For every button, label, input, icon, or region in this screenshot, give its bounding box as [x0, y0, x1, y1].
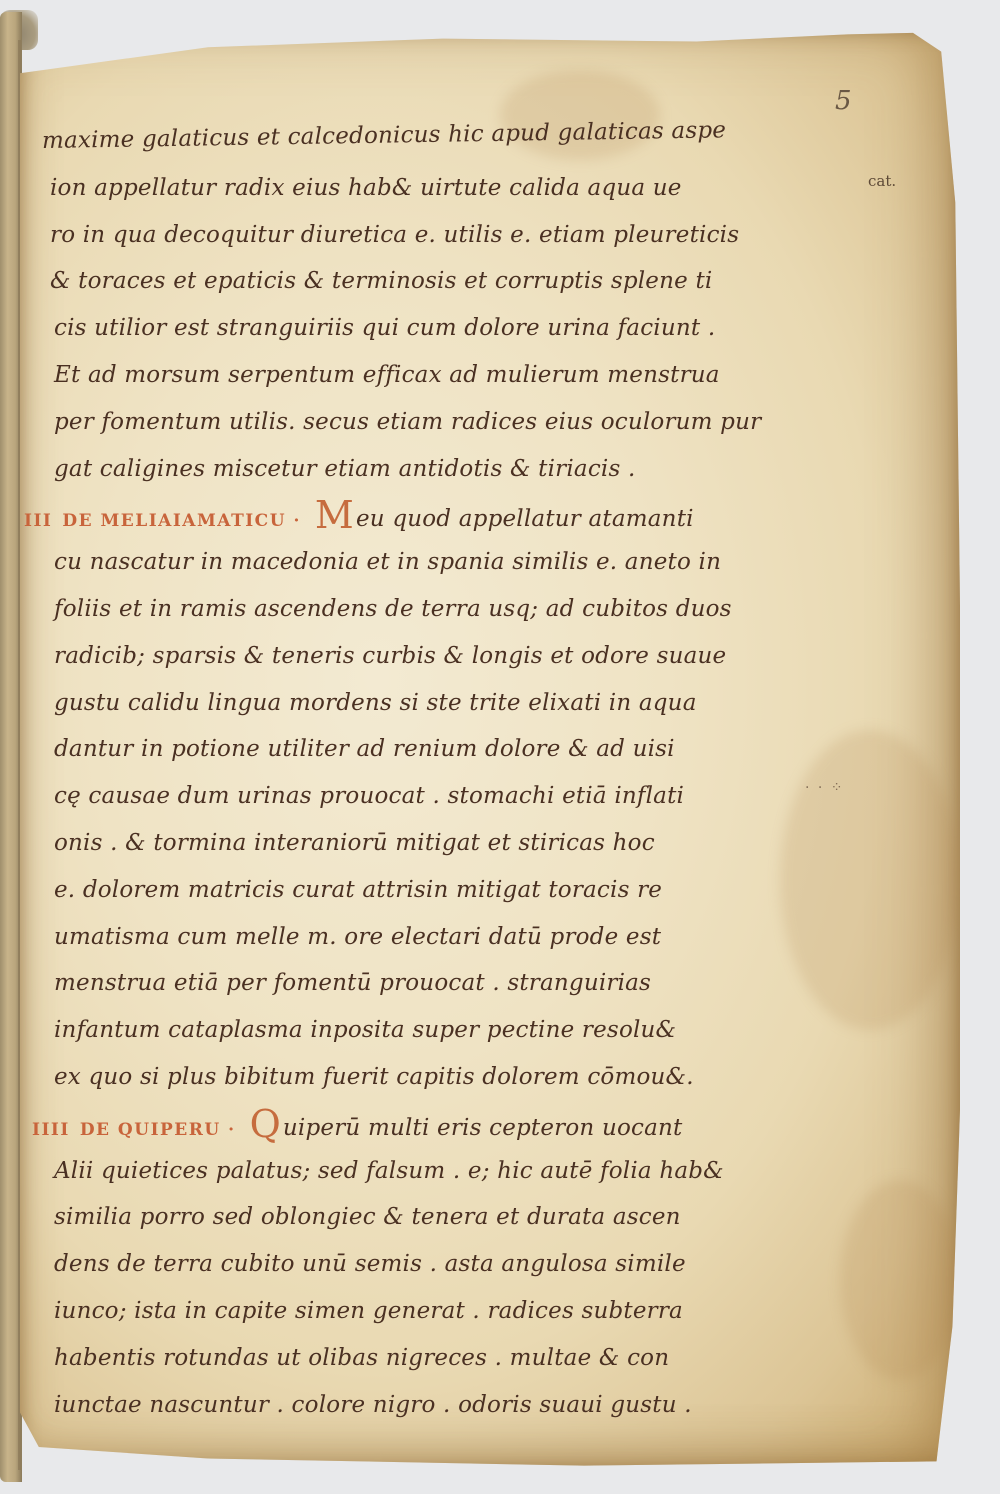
stain [780, 730, 960, 1030]
rubric-heading: DE MELIAIAMATICU · [62, 511, 301, 531]
text-line: ion appellatur radix eius hab& uirtute c… [42, 165, 802, 212]
text-line: radicib; sparsis & teneris curbis & long… [42, 633, 802, 680]
text-line: foliis et in ramis ascendens de terra us… [42, 586, 802, 633]
text-line: habentis rotundas ut olibas nigreces . m… [42, 1335, 802, 1382]
text-line: cę causae dum urinas prouocat . stomachi… [42, 773, 802, 820]
rubric-heading: DE QUIPERU · [80, 1120, 236, 1140]
marginal-note: cat. [868, 172, 896, 190]
decorated-initial: M [315, 493, 354, 537]
text-line: gat caligines miscetur etiam antidotis &… [42, 446, 802, 493]
text-line: per fomentum utilis. secus etiam radices… [42, 399, 802, 446]
main-text-column: maxime galaticus et calcedonicus hic apu… [42, 118, 802, 1428]
manuscript-scan: 5 cat. · · ⁘ maxime galaticus et calcedo… [0, 0, 1000, 1494]
text-line: ex quo si plus bibitum fuerit capitis do… [42, 1054, 802, 1101]
text-line: cu nascatur in macedonia et in spania si… [42, 539, 802, 586]
text-line: e. dolorem matricis curat attrisin mitig… [42, 867, 802, 914]
section-heading-line: IIIDE MELIAIAMATICU ·Meu quod appellatur… [24, 492, 802, 539]
stain [840, 1180, 960, 1380]
section-number: III [24, 511, 52, 531]
text-run: eu quod appellatur atamanti [356, 506, 694, 532]
text-line: similia porro sed oblongiec & tenera et … [42, 1194, 802, 1241]
text-line: iunctae nascuntur . colore nigro . odori… [42, 1382, 802, 1429]
marginal-marks: · · ⁘ [805, 780, 845, 796]
text-line: onis . & tormina interaniorū mitigat et … [42, 820, 802, 867]
text-line: dens de terra cubito unū semis . asta an… [42, 1241, 802, 1288]
text-line: cis utilior est stranguiriis qui cum dol… [42, 305, 802, 352]
text-line: dantur in potione utiliter ad renium dol… [42, 726, 802, 773]
section-number: IIII [32, 1120, 70, 1140]
text-line: Et ad morsum serpentum efficax ad mulier… [42, 352, 802, 399]
text-line: umatisma cum melle m. ore electari datū … [42, 914, 802, 961]
section-heading-line: IIIIDE QUIPERU ·Quiperū multi eris cepte… [32, 1101, 802, 1148]
text-line: ro in qua decoquitur diuretica e. utilis… [42, 212, 802, 259]
text-line: Alii quietices palatus; sed falsum . e; … [42, 1148, 802, 1195]
text-line: & toraces et epaticis & terminosis et co… [42, 258, 802, 305]
text-line: infantum cataplasma inposita super pecti… [42, 1007, 802, 1054]
decorated-initial: Q [250, 1102, 281, 1146]
text-line: gustu calidu lingua mordens si ste trite… [42, 680, 802, 727]
text-line: iunco; ista in capite simen generat . ra… [42, 1288, 802, 1335]
folio-number: 5 [835, 86, 852, 116]
text-run: uiperū multi eris cepteron uocant [283, 1115, 683, 1141]
text-line: menstrua etiā per fomentū prouocat . str… [42, 960, 802, 1007]
